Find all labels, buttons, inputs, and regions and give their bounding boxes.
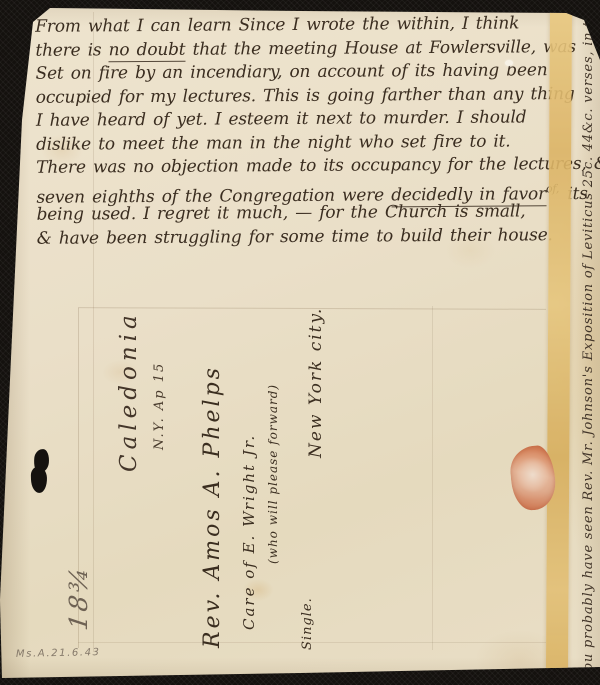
- tape-stain: [546, 6, 572, 670]
- letter-text: Set on fire by an incendiary, on account…: [36, 60, 548, 84]
- letter-line: being used. I regret it much, — for the …: [36, 200, 554, 227]
- catalog-number: Ms.A.21.6.43: [16, 647, 101, 660]
- postmark-date: N.Y. Ap 15: [152, 362, 167, 450]
- scan-background: From what I can learn Since I wrote the …: [0, 0, 600, 685]
- letter-text: occupied for my lectures. This is going …: [36, 84, 575, 108]
- letter-text: being used. I regret it much, — for the …: [37, 201, 526, 224]
- letter-text: that the meeting House at Fowlersville, …: [185, 37, 576, 60]
- letter-line: From what I can learn Since I wrote the …: [35, 12, 553, 39]
- fold-crease-right: [432, 306, 433, 650]
- letter-page: From what I can learn Since I wrote the …: [0, 0, 600, 685]
- paper-flaw-spot: [505, 60, 513, 66]
- postmark-town: Caledonia: [116, 310, 142, 472]
- destination-line: New York city.: [306, 307, 326, 458]
- forward-note: (who will please forward): [266, 384, 280, 564]
- letter-text: there is: [35, 40, 108, 61]
- care-of-line: Care of E. Wright Jr.: [240, 434, 258, 630]
- letter-text: dislike to meet the man in the night who…: [36, 131, 511, 154]
- single-marking: Single.: [300, 597, 315, 650]
- letter-text: From what I can learn Since I wrote the …: [35, 13, 519, 36]
- letter-text: I have heard of yet. I esteem it next to…: [36, 107, 527, 130]
- paper-hole: [33, 448, 50, 473]
- letter-line: Set on fire by an incendiary, on account…: [36, 59, 554, 86]
- letter-line: There was no objection made to its occup…: [36, 153, 554, 180]
- letter-text: & have been struggling for some time to …: [37, 225, 553, 249]
- addressee-line: Rev. Amos A. Phelps: [200, 365, 225, 648]
- letter-body: From what I can learn Since I wrote the …: [35, 12, 555, 251]
- marginal-note: You probably have seen Rev. Mr. Johnson'…: [581, 3, 596, 679]
- letter-line: I have heard of yet. I esteem it next to…: [36, 106, 554, 133]
- letter-line: & have been struggling for some time to …: [37, 224, 555, 251]
- letter-text: There was no objection made to its occup…: [36, 154, 600, 178]
- postage-rate: 18¾: [64, 563, 93, 632]
- underlined-text: no doubt: [109, 39, 186, 62]
